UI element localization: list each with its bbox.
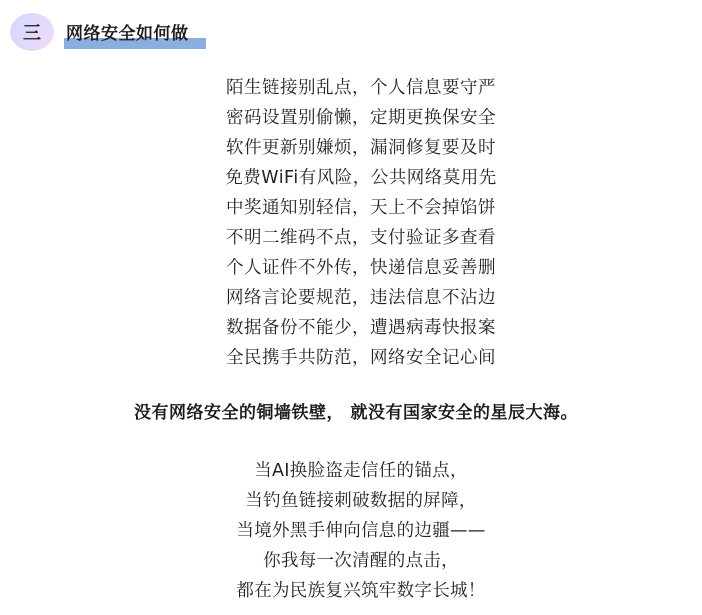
poem-line: 数据备份不能少，遭遇病毒快报案 [0, 313, 702, 343]
poem-line: 中奖通知别轻信，天上不会掉馅饼 [0, 193, 702, 223]
poem-line: 不明二维码不点，支付验证多查看 [0, 223, 702, 253]
section-title: 网络安全如何做 [66, 19, 189, 44]
poem-line: 密码设置别偷懒，定期更换保安全 [0, 103, 702, 133]
poem-line: 陌生链接别乱点，个人信息要守严 [0, 73, 702, 103]
closing-line: 当境外黑手伸向信息的边疆—— [0, 516, 702, 546]
poem-line: 软件更新别嫌烦，漏洞修复要及时 [0, 133, 702, 163]
closing-line: 当钓鱼链接刺破数据的屏障， [0, 486, 702, 516]
closing-line: 你我每一次清醒的点击， [0, 546, 702, 576]
bold-slogan: 没有网络安全的铜墙铁壁， 就没有国家安全的星辰大海。 [0, 398, 702, 423]
safety-poem: 陌生链接别乱点，个人信息要守严 密码设置别偷懒，定期更换保安全 软件更新别嫌烦，… [0, 73, 702, 373]
section-number-icon: 三 [10, 13, 54, 51]
closing-verse: 当AI换脸盗走信任的锚点， 当钓鱼链接刺破数据的屏障， 当境外黑手伸向信息的边疆… [0, 456, 702, 606]
section-title-wrap: 网络安全如何做 [66, 13, 189, 51]
section-header: 三 网络安全如何做 [10, 12, 189, 52]
poem-line: 个人证件不外传，快递信息妥善删 [0, 253, 702, 283]
poem-line: 免费WiFi有风险，公共网络莫用先 [0, 163, 702, 193]
closing-line: 当AI换脸盗走信任的锚点， [0, 456, 702, 486]
poem-line: 网络言论要规范，违法信息不沾边 [0, 283, 702, 313]
closing-line: 都在为民族复兴筑牢数字长城！ [0, 576, 702, 606]
poem-line: 全民携手共防范，网络安全记心间 [0, 343, 702, 373]
